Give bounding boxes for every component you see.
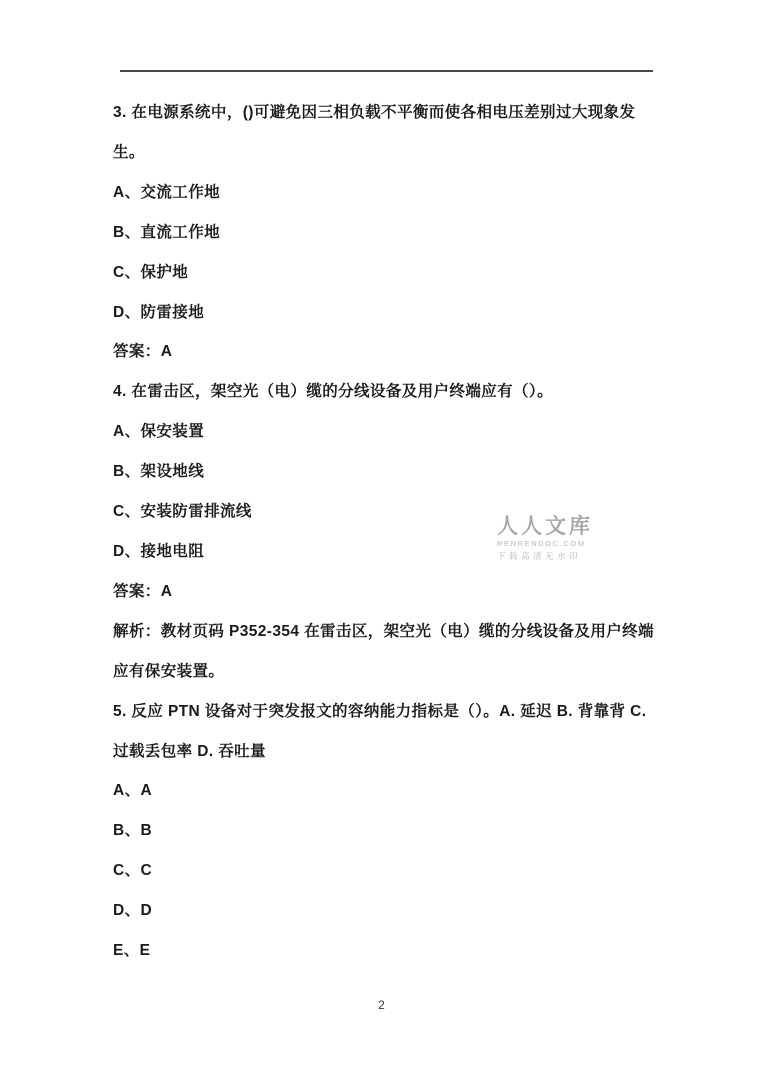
- analysis-line: 解析：教材页码 P352-354 在雷击区，架空光（电）缆的分线设备及用户终端应…: [113, 612, 656, 692]
- option-item: A、A: [113, 771, 656, 811]
- option-item: C、保护地: [113, 253, 656, 293]
- watermark-domain-text: RENRENDOC.COM: [497, 540, 593, 548]
- answer-line: 答案：A: [113, 332, 656, 372]
- question-stem: 5. 反应 PTN 设备对于突发报文的容纳能力指标是（）。A. 延迟 B. 背靠…: [113, 692, 656, 772]
- document-page: 3. 在电源系统中，()可避免因三相负载不平衡而使各相电压差别过大现象发生。A、…: [0, 0, 763, 1080]
- option-item: D、防雷接地: [113, 293, 656, 333]
- watermark: 人人文库 RENRENDOC.COM 下载高清无水印: [497, 516, 593, 560]
- question-stem: 3. 在电源系统中，()可避免因三相负载不平衡而使各相电压差别过大现象发生。: [113, 93, 656, 173]
- option-item: B、B: [113, 811, 656, 851]
- option-item: A、交流工作地: [113, 173, 656, 213]
- option-item: B、架设地线: [113, 452, 656, 492]
- question-stem: 4. 在雷击区，架空光（电）缆的分线设备及用户终端应有（）。: [113, 372, 656, 412]
- watermark-logo-text: 人人文库: [497, 516, 593, 537]
- answer-line: 答案：A: [113, 572, 656, 612]
- option-item: C、C: [113, 851, 656, 891]
- option-item: B、直流工作地: [113, 213, 656, 253]
- option-item: D、D: [113, 891, 656, 931]
- option-item: A、保安装置: [113, 412, 656, 452]
- header-rule: [120, 70, 653, 72]
- option-item: E、E: [113, 931, 656, 971]
- watermark-tagline-text: 下载高清无水印: [497, 552, 593, 561]
- page-number: 2: [0, 998, 763, 1012]
